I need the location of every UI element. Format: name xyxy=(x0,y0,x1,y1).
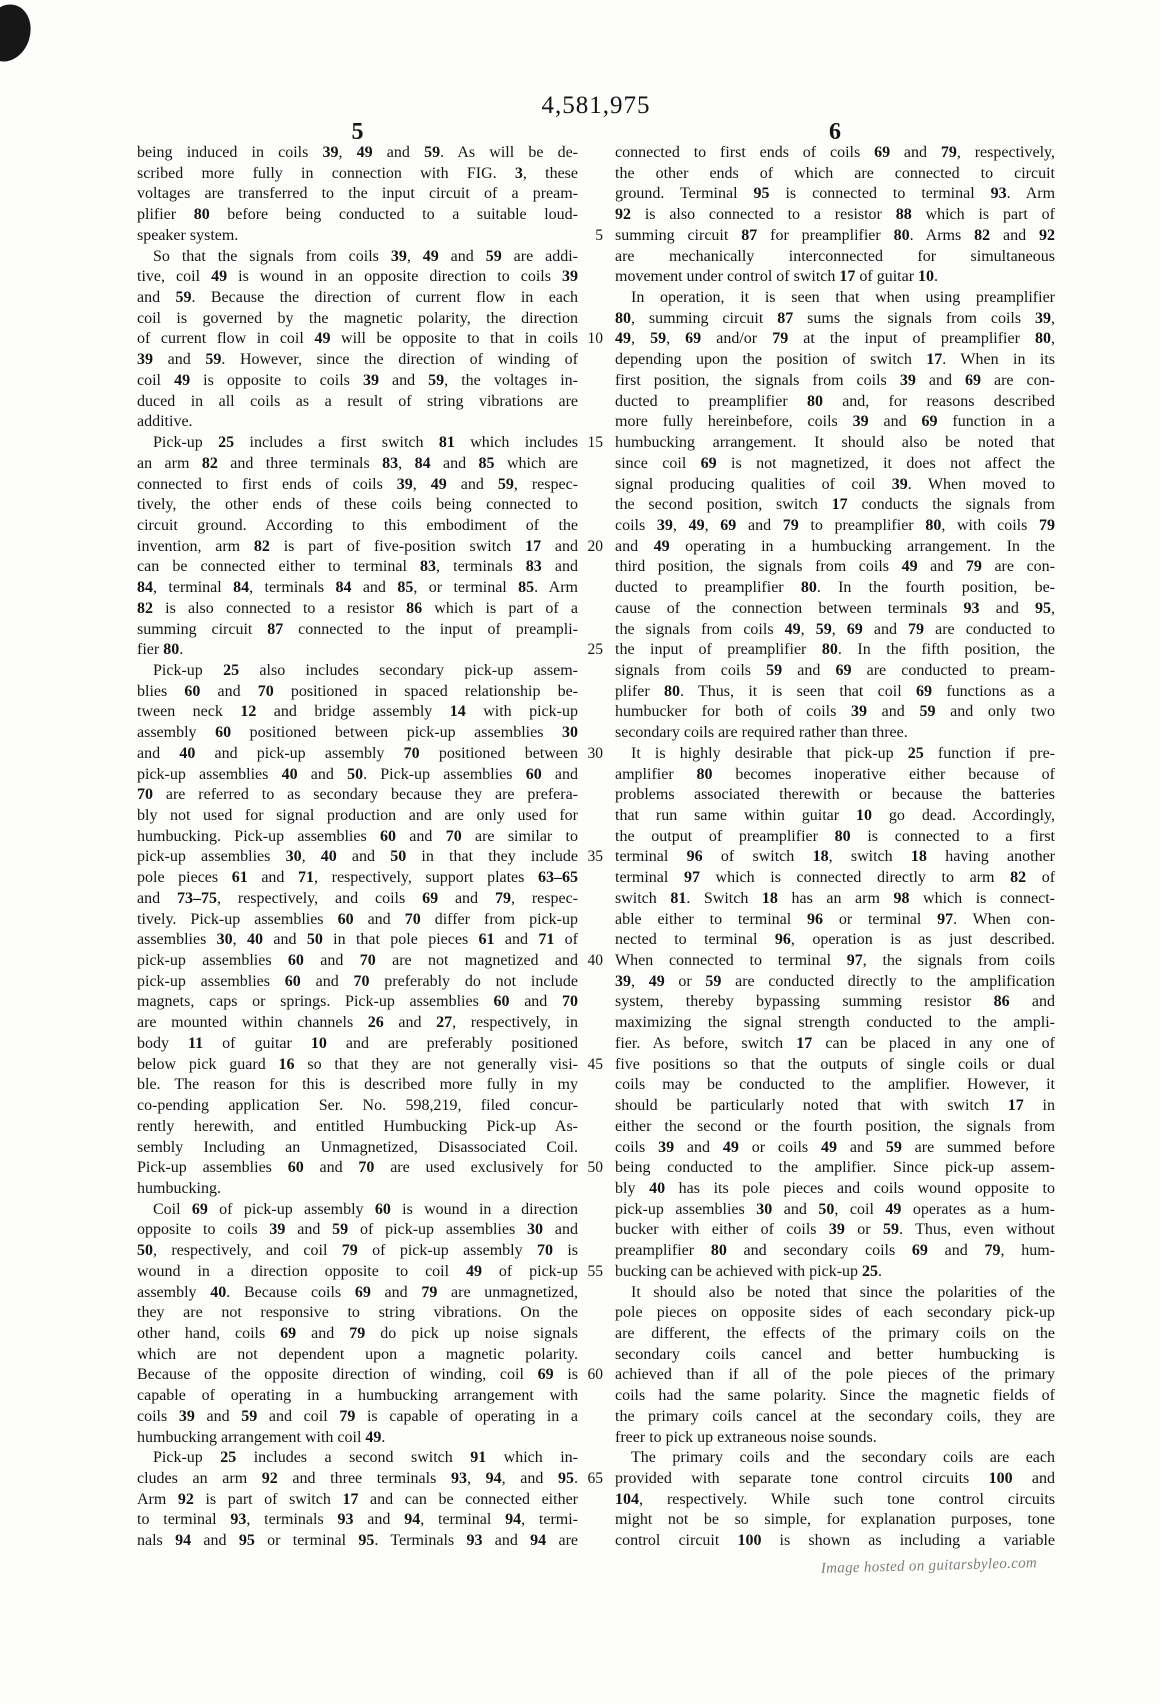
text-line: 50, respectively, and coil 79 of pick-up… xyxy=(137,1241,578,1262)
text-line: nected to terminal 96, operation is as j… xyxy=(615,930,1055,951)
text-line: either the second or the fourth position… xyxy=(615,1117,1055,1138)
text-line: So that the signals from coils 39, 49 an… xyxy=(137,247,578,268)
text-line: nals 94 and 95 or terminal 95. Terminals… xyxy=(137,1531,578,1552)
text-line: In operation, it is seen that when using… xyxy=(615,288,1055,309)
text-line: fier. As before, switch 17 can be placed… xyxy=(615,1034,1055,1055)
watermark: Image hosted on guitarsbyleo.com xyxy=(816,1555,1042,1578)
text-column-left: being induced in coils 39, 49 and 59. As… xyxy=(137,143,578,1552)
text-line: first position, the signals from coils 3… xyxy=(615,371,1055,392)
line-number: 35 xyxy=(588,847,604,868)
text-line: 49, 59, 69 and/or 79 at the input of pre… xyxy=(615,329,1055,350)
line-number: 55 xyxy=(588,1262,604,1283)
text-line: since coil 69 is not magnetized, it does… xyxy=(615,454,1055,475)
text-line: achieved than if all of the pole pieces … xyxy=(615,1365,1055,1386)
text-line: terminal 97 which is connected directly … xyxy=(615,868,1055,889)
line-number: 25 xyxy=(588,640,604,661)
text-line: movement under control of switch 17 of g… xyxy=(615,267,1055,288)
line-number: 15 xyxy=(588,433,604,454)
text-line: capable of operating in a humbucking arr… xyxy=(137,1386,578,1407)
text-line: pole pieces 61 and 71, respectively, sup… xyxy=(137,868,578,889)
line-number: 20 xyxy=(588,537,604,558)
text-line: voltages are transferred to the input ci… xyxy=(137,184,578,205)
text-line: pick-up assemblies 30 and 50, coil 49 op… xyxy=(615,1200,1055,1221)
text-line: and 40 and pick-up assembly 70 positione… xyxy=(137,744,578,765)
text-line: 39, 49 or 59 are conducted directly to t… xyxy=(615,972,1055,993)
text-line: amplifier 80 becomes inoperative either … xyxy=(615,765,1055,786)
text-line: humbucking arrangement with coil 49. xyxy=(137,1428,578,1449)
text-line: scribed more fully in connection with FI… xyxy=(137,164,578,185)
text-line: Arm 92 is part of switch 17 and can be c… xyxy=(137,1490,578,1511)
text-line: an arm 82 and three terminals 83, 84 and… xyxy=(137,454,578,475)
column-number-right: 6 xyxy=(615,119,1055,146)
text-line: third position, the signals from coils 4… xyxy=(615,557,1055,578)
text-line: and 73–75, respectively, and coils 69 an… xyxy=(137,889,578,910)
text-line: It should also be noted that since the p… xyxy=(615,1283,1055,1304)
text-line: problems associated therewith or because… xyxy=(615,785,1055,806)
text-line: are different, the effects of the primar… xyxy=(615,1324,1055,1345)
text-line: pick-up assemblies 60 and 70 preferably … xyxy=(137,972,578,993)
line-number: 40 xyxy=(588,951,604,972)
text-line: coils had the same polarity. Since the m… xyxy=(615,1386,1055,1407)
text-line: tively, the other ends of these coils be… xyxy=(137,495,578,516)
text-line: the output of preamplifier 80 is connect… xyxy=(615,827,1055,848)
text-line: assembly 40. Because coils 69 and 79 are… xyxy=(137,1283,578,1304)
text-line: the input of preamplifier 80. In the fif… xyxy=(615,640,1055,661)
text-line: 92 is also connected to a resistor 88 wh… xyxy=(615,205,1055,226)
text-line: able either to terminal 96 or terminal 9… xyxy=(615,910,1055,931)
text-line: are mechanically interconnected for simu… xyxy=(615,247,1055,268)
text-line: switch 81. Switch 18 has an arm 98 which… xyxy=(615,889,1055,910)
text-line: secondary coils cancel and better humbuc… xyxy=(615,1345,1055,1366)
text-line: they are not responsive to string vibrat… xyxy=(137,1303,578,1324)
text-line: bly 40 has its pole pieces and coils wou… xyxy=(615,1179,1055,1200)
line-number: 60 xyxy=(588,1365,604,1386)
text-line: system, thereby bypassing summing resist… xyxy=(615,992,1055,1013)
text-line: the signals from coils 49, 59, 69 and 79… xyxy=(615,620,1055,641)
text-line: signals from coils 59 and 69 are conduct… xyxy=(615,661,1055,682)
text-line: cause of the connection between terminal… xyxy=(615,599,1055,620)
text-line: magnets, caps or springs. Pick-up assemb… xyxy=(137,992,578,1013)
text-line: more fully hereinbefore, coils 39 and 69… xyxy=(615,412,1055,433)
text-line: the other ends of which are connected to… xyxy=(615,164,1055,185)
text-line: the primary coils cancel at the secondar… xyxy=(615,1407,1055,1428)
text-line: assembly 60 positioned between pick-up a… xyxy=(137,723,578,744)
text-line: It is highly desirable that pick-up 25 f… xyxy=(615,744,1055,765)
text-line: coil 49 is opposite to coils 39 and 59, … xyxy=(137,371,578,392)
text-line: which are not dependent upon a magnetic … xyxy=(137,1345,578,1366)
text-line: tween neck 12 and bridge assembly 14 wit… xyxy=(137,702,578,723)
text-line: control circuit 100 is shown as includin… xyxy=(615,1531,1055,1552)
text-line: coils 39 and 59 and coil 79 is capable o… xyxy=(137,1407,578,1428)
text-line: ble. The reason for this is described mo… xyxy=(137,1075,578,1096)
text-line: coils 39 and 49 or coils 49 and 59 are s… xyxy=(615,1138,1055,1159)
text-line: pole pieces on opposite sides of each se… xyxy=(615,1303,1055,1324)
text-line: that run same within guitar 10 go dead. … xyxy=(615,806,1055,827)
line-number: 65 xyxy=(588,1469,604,1490)
text-line: pick-up assemblies 40 and 50. Pick-up as… xyxy=(137,765,578,786)
text-line: 70 are referred to as secondary because … xyxy=(137,785,578,806)
text-line: and 59. Because the direction of current… xyxy=(137,288,578,309)
text-line: Pick-up 25 includes a second switch 91 w… xyxy=(137,1448,578,1469)
text-line: invention, arm 82 is part of five-positi… xyxy=(137,537,578,558)
text-line: circuit ground. According to this embodi… xyxy=(137,516,578,537)
text-line: humbucking arrangement. It should also b… xyxy=(615,433,1055,454)
text-line: bucking can be achieved with pick-up 25. xyxy=(615,1262,1055,1283)
text-line: co-pending application Ser. No. 598,219,… xyxy=(137,1096,578,1117)
text-line: The primary coils and the secondary coil… xyxy=(615,1448,1055,1469)
text-line: tively. Pick-up assemblies 60 and 70 dif… xyxy=(137,910,578,931)
text-line: bly not used for signal production and a… xyxy=(137,806,578,827)
text-line: 104, respectively. While such tone contr… xyxy=(615,1490,1055,1511)
text-line: Coil 69 of pick-up assembly 60 is wound … xyxy=(137,1200,578,1221)
text-line: coils may be conducted to the amplifier.… xyxy=(615,1075,1055,1096)
text-line: sembly Including an Unmagnetized, Disass… xyxy=(137,1138,578,1159)
text-line: assemblies 30, 40 and 50 in that pole pi… xyxy=(137,930,578,951)
text-line: Pick-up 25 also includes secondary pick-… xyxy=(137,661,578,682)
text-line: opposite to coils 39 and 59 of pick-up a… xyxy=(137,1220,578,1241)
text-line: signal producing qualities of coil 39. W… xyxy=(615,475,1055,496)
line-number: 5 xyxy=(595,226,603,247)
text-line: humbucker for both of coils 39 and 59 an… xyxy=(615,702,1055,723)
text-line: body 11 of guitar 10 and are preferably … xyxy=(137,1034,578,1055)
text-line: ground. Terminal 95 is connected to term… xyxy=(615,184,1055,205)
text-line: being induced in coils 39, 49 and 59. As… xyxy=(137,143,578,164)
text-line: 84, terminal 84, terminals 84 and 85, or… xyxy=(137,578,578,599)
text-line: secondary coils are required rather than… xyxy=(615,723,1055,744)
text-line: cludes an arm 92 and three terminals 93,… xyxy=(137,1469,578,1490)
text-line: fier 80. xyxy=(137,640,578,661)
text-line: are mounted within channels 26 and 27, r… xyxy=(137,1013,578,1034)
text-line: When connected to terminal 97, the signa… xyxy=(615,951,1055,972)
text-line: humbucking. xyxy=(137,1179,578,1200)
column-number-left: 5 xyxy=(137,119,578,146)
text-line: humbucking. Pick-up assemblies 60 and 70… xyxy=(137,827,578,848)
text-line: five positions so that the outputs of si… xyxy=(615,1055,1055,1076)
line-number: 30 xyxy=(588,744,604,765)
text-line: bucker with either of coils 39 or 59. Th… xyxy=(615,1220,1055,1241)
text-line: blies 60 and 70 positioned in spaced rel… xyxy=(137,682,578,703)
text-line: plifier 80 before being conducted to a s… xyxy=(137,205,578,226)
text-line: speaker system. xyxy=(137,226,578,247)
text-line: Pick-up assemblies 60 and 70 are used ex… xyxy=(137,1158,578,1179)
text-line: other hand, coils 69 and 79 do pick up n… xyxy=(137,1324,578,1345)
text-line: connected to first ends of coils 39, 49 … xyxy=(137,475,578,496)
text-line: summing circuit 87 connected to the inpu… xyxy=(137,620,578,641)
text-line: rently herewith, and entitled Humbucking… xyxy=(137,1117,578,1138)
text-line: ducted to preamplifier 80. In the fourth… xyxy=(615,578,1055,599)
text-line: provided with separate tone control circ… xyxy=(615,1469,1055,1490)
text-line: should be particularly noted that with s… xyxy=(615,1096,1055,1117)
text-line: plifer 80. Thus, it is seen that coil 69… xyxy=(615,682,1055,703)
patent-page: { "page": { "patent_number": "4,581,975"… xyxy=(0,0,1160,1704)
text-line: coil is governed by the magnetic polarit… xyxy=(137,309,578,330)
text-line: terminal 96 of switch 18, switch 18 havi… xyxy=(615,847,1055,868)
text-line: Pick-up 25 includes a first switch 81 wh… xyxy=(137,433,578,454)
text-line: the second position, switch 17 conducts … xyxy=(615,495,1055,516)
text-line: might not be so simple, for explanation … xyxy=(615,1510,1055,1531)
line-number: 10 xyxy=(588,329,604,350)
text-line: summing circuit 87 for preamplifier 80. … xyxy=(615,226,1055,247)
text-line: Because of the opposite direction of win… xyxy=(137,1365,578,1386)
text-line: additive. xyxy=(137,412,578,433)
text-line: being conducted to the amplifier. Since … xyxy=(615,1158,1055,1179)
text-line: ducted to preamplifier 80 and, for reaso… xyxy=(615,392,1055,413)
text-line: below pick guard 16 so that they are not… xyxy=(137,1055,578,1076)
text-line: preamplifier 80 and secondary coils 69 a… xyxy=(615,1241,1055,1262)
text-line: 80, summing circuit 87 sums the signals … xyxy=(615,309,1055,330)
text-line: 82 is also connected to a resistor 86 wh… xyxy=(137,599,578,620)
text-line: to terminal 93, terminals 93 and 94, ter… xyxy=(137,1510,578,1531)
text-line: depending upon the position of switch 17… xyxy=(615,350,1055,371)
scan-artifact xyxy=(0,0,38,68)
text-line: of current flow in coil 49 will be oppos… xyxy=(137,329,578,350)
patent-number: 4,581,975 xyxy=(0,92,1160,120)
text-column-right: connected to first ends of coils 69 and … xyxy=(615,143,1055,1552)
text-line: wound in a direction opposite to coil 49… xyxy=(137,1262,578,1283)
line-number: 50 xyxy=(588,1158,604,1179)
line-number-gutter: 5101520253035404550556065 xyxy=(566,143,603,1563)
text-line: duced in all coils as a result of string… xyxy=(137,392,578,413)
text-line: maximizing the signal strength conducted… xyxy=(615,1013,1055,1034)
text-line: 39 and 59. However, since the direction … xyxy=(137,350,578,371)
line-number: 45 xyxy=(588,1055,604,1076)
text-line: tive, coil 49 is wound in an opposite di… xyxy=(137,267,578,288)
text-line: connected to first ends of coils 69 and … xyxy=(615,143,1055,164)
text-line: coils 39, 49, 69 and 79 to preamplifier … xyxy=(615,516,1055,537)
text-line: pick-up assemblies 60 and 70 are not mag… xyxy=(137,951,578,972)
text-line: can be connected either to terminal 83, … xyxy=(137,557,578,578)
text-line: freer to pick up extraneous noise sounds… xyxy=(615,1428,1055,1449)
text-line: and 49 operating in a humbucking arrange… xyxy=(615,537,1055,558)
text-line: pick-up assemblies 30, 40 and 50 in that… xyxy=(137,847,578,868)
